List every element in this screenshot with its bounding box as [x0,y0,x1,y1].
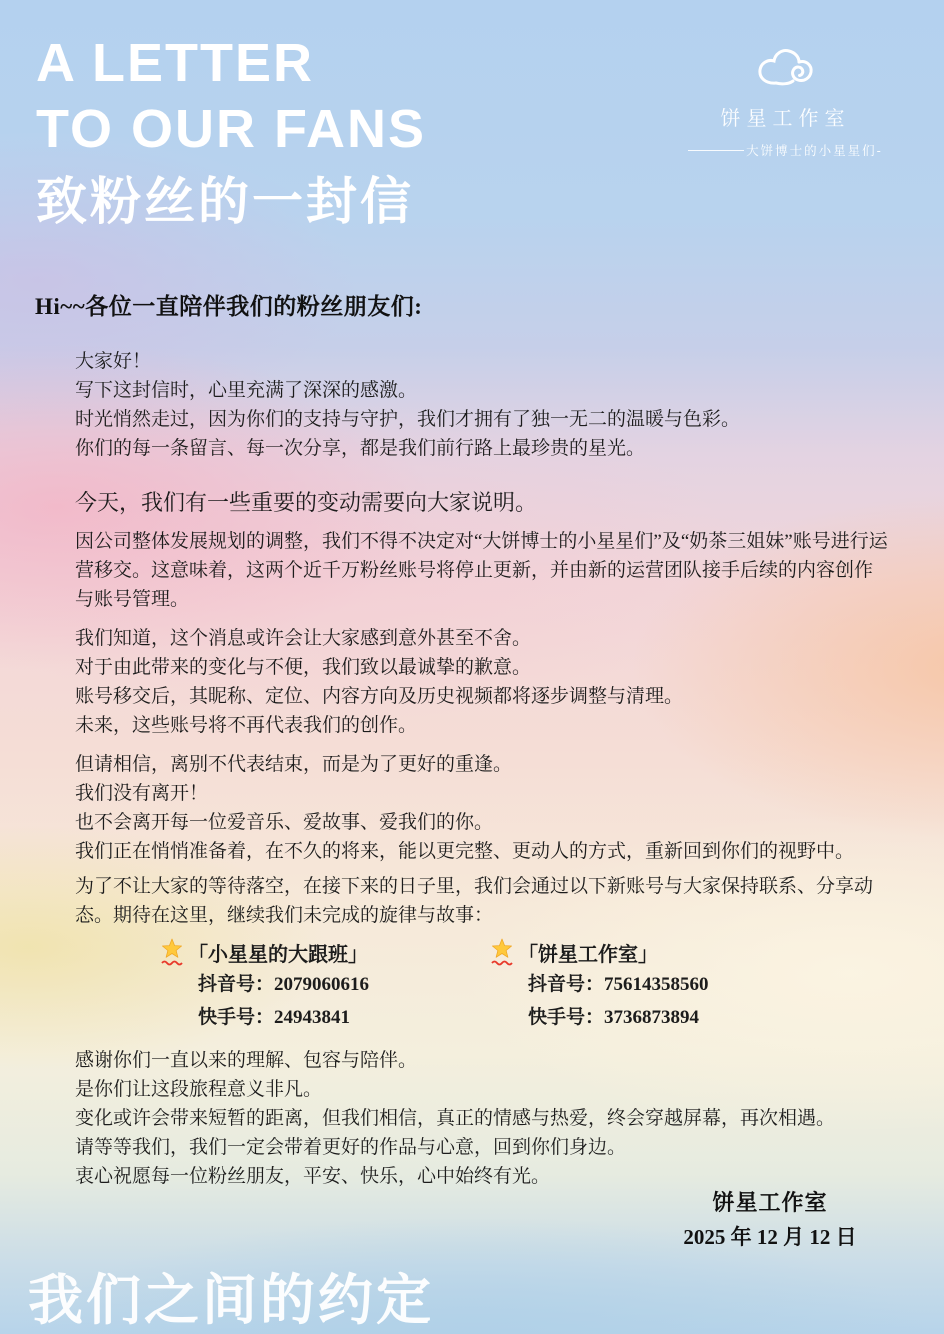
letter-line: 我们知道，这个消息或许会让大家感到意外甚至不舍。 [75,624,905,653]
studio-name: 饼星工作室 [678,102,893,131]
hero-title-line2: TO OUR FANS [36,96,426,162]
studio-tagline-row: 大饼博士的小星星们- [678,141,893,159]
signature-name: 饼星工作室 [650,1186,890,1220]
douyin-label: 抖音号： [528,974,604,995]
kuaishou-id: 3736873894 [604,1007,699,1028]
kuaishou-id: 24943841 [274,1007,350,1028]
letter-line: 与账号管理。 [75,585,905,614]
letter-line: 营移交。这意味着，这两个近千万粉丝账号将停止更新，并由新的运营团队接手后续的内容… [75,556,905,585]
account-kuaishou-line: 快手号：3736873894 [528,1001,820,1034]
account-name: 「小星星的大跟班」 [188,938,368,967]
star-icon [160,937,184,967]
letter-line: 也不会离开每一位爱音乐、爱故事、爱我们的你。 [75,808,905,837]
account-card: 「小星星的大跟班」 抖音号：2079060616 快手号：24943841 [160,936,490,1034]
letter-line: 请等等我们，我们一定会带着更好的作品与心意，回到你们身边。 [75,1133,905,1162]
account-name: 「饼星工作室」 [518,938,658,967]
footer-title: 我们之间的约定 [28,1256,434,1334]
douyin-id: 2079060616 [274,974,369,995]
paragraph-announcement: 因公司整体发展规划的调整，我们不得不决定对“大饼博士的小星星们”及“奶茶三姐妹”… [75,527,905,614]
signature-date: 2025 年 12 月 12 日 [650,1220,890,1254]
account-kuaishou-line: 快手号：24943841 [198,1001,490,1034]
star-icon [490,937,514,967]
paragraph-opening: 大家好！ 写下这封信时，心里充满了深深的感激。 时光悄然走过，因为你们的支持与守… [75,347,905,463]
letter-line: 账号移交后，其昵称、定位、内容方向及历史视频都将逐步调整与清理。 [75,682,905,711]
paragraph-new-accounts-intro: 为了不让大家的等待落空，在接下来的日子里，我们会通过以下新账号与大家保持联系、分… [75,872,905,930]
letter-line: 对于由此带来的变化与不便，我们致以最诚挚的歉意。 [75,653,905,682]
letter-line: 因公司整体发展规划的调整，我们不得不决定对“大饼博士的小星星们”及“奶茶三姐妹”… [75,527,905,556]
account-card: 「饼星工作室」 抖音号：75614358560 快手号：3736873894 [490,936,820,1034]
letter-line: 我们正在悄悄准备着，在不久的将来，能以更完整、更动人的方式，重新回到你们的视野中… [75,837,905,866]
letter-line: 写下这封信时，心里充满了深深的感激。 [75,376,905,405]
hero-title: A LETTER TO OUR FANS 致粉丝的一封信 [36,30,426,232]
letter-line: 未来，这些账号将不再代表我们的创作。 [75,711,905,740]
paragraph-reassurance: 但请相信，离别不代表结束，而是为了更好的重逢。 我们没有离开！ 也不会离开每一位… [75,750,905,866]
cloud-icon [754,46,818,94]
letter-line: 为了不让大家的等待落空，在接下来的日子里，我们会通过以下新账号与大家保持联系、分… [75,872,905,901]
letter-line: 是你们让这段旅程意义非凡。 [75,1075,905,1104]
account-name-row: 「饼星工作室」 [490,936,820,968]
hero-title-line1: A LETTER [36,30,426,96]
kuaishou-label: 快手号： [528,1007,604,1028]
letter-line: 你们的每一条留言、每一次分享，都是我们前行路上最珍贵的星光。 [75,434,905,463]
letter-line: 但请相信，离别不代表结束，而是为了更好的重逢。 [75,750,905,779]
account-douyin-line: 抖音号：2079060616 [198,968,490,1001]
paragraph-closing: 感谢你们一直以来的理解、包容与陪伴。 是你们让这段旅程意义非凡。 变化或许会带来… [75,1046,905,1191]
letter-line: 大家好！ [75,347,905,376]
section-heading: 今天，我们有一些重要的变动需要向大家说明。 [75,487,905,519]
studio-tagline: 大饼博士的小星星们- [746,141,883,159]
hero-title-line3: 致粉丝的一封信 [36,172,426,232]
letter-line: 感谢你们一直以来的理解、包容与陪伴。 [75,1046,905,1075]
accounts-row: 「小星星的大跟班」 抖音号：2079060616 快手号：24943841 「饼… [75,936,905,1034]
letter-poster: A LETTER TO OUR FANS 致粉丝的一封信 饼星工作室 大饼博士的… [0,0,944,1334]
section-heading-text: 今天，我们有一些重要的变动需要向大家说明。 [75,487,905,519]
letter-line: 变化或许会带来短暂的距离，但我们相信，真正的情感与热爱，终会穿越屏幕，再次相遇。 [75,1104,905,1133]
letter-body: 大家好！ 写下这封信时，心里充满了深深的感激。 时光悄然走过，因为你们的支持与守… [75,345,905,1191]
douyin-id: 75614358560 [604,974,709,995]
letter-line: 态。期待在这里，继续我们未完成的旋律与故事： [75,901,905,930]
signature-block: 饼星工作室 2025 年 12 月 12 日 [650,1186,890,1254]
studio-logo: 饼星工作室 大饼博士的小星星们- [678,46,893,159]
paragraph-apology: 我们知道，这个消息或许会让大家感到意外甚至不舍。 对于由此带来的变化与不便，我们… [75,624,905,740]
letter-greeting: Hi~~各位一直陪伴我们的粉丝朋友们: [35,288,422,321]
account-douyin-line: 抖音号：75614358560 [528,968,820,1001]
douyin-label: 抖音号： [198,974,274,995]
kuaishou-label: 快手号： [198,1007,274,1028]
letter-line: 我们没有离开！ [75,779,905,808]
tagline-divider [688,150,744,151]
letter-line: 时光悄然走过，因为你们的支持与守护，我们才拥有了独一无二的温暖与色彩。 [75,405,905,434]
account-name-row: 「小星星的大跟班」 [160,936,490,968]
